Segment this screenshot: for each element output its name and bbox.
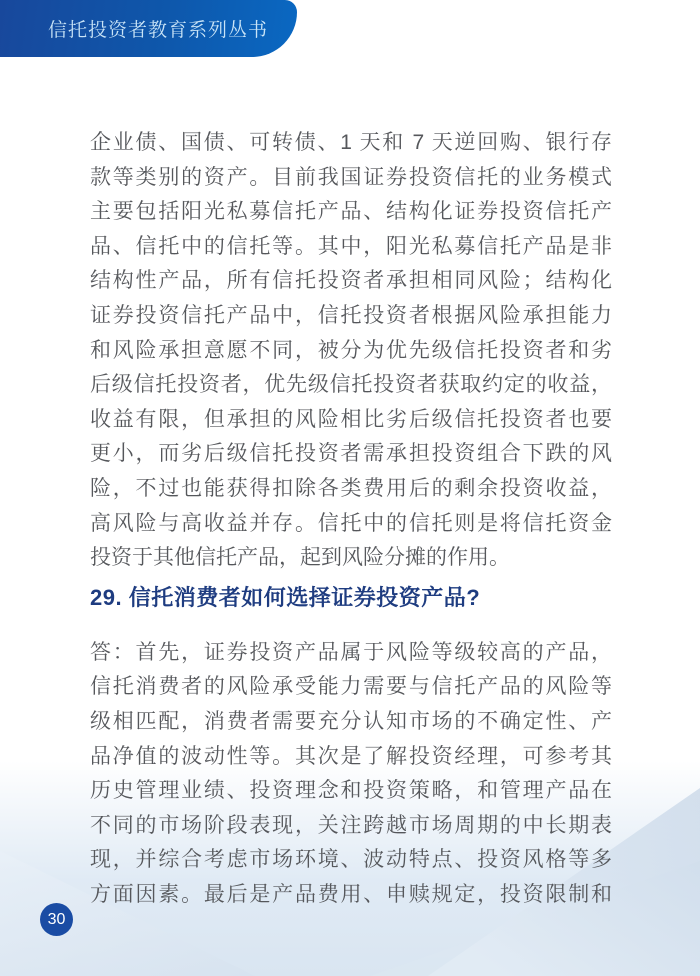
text-line: 和风险承担意愿不同，被分为优先级信托投资者和劣 <box>90 334 612 369</box>
series-title: 信托投资者教育系列丛书 <box>48 15 268 42</box>
text-line: 品、信托中的信托等。其中，阳光私募信托产品是非 <box>90 230 612 265</box>
book-page: 信托投资者教育系列丛书 企业债、国债、可转债、1 天和 7 天逆回购、银行存款等… <box>0 0 700 976</box>
question-heading: 29. 信托消费者如何选择证券投资产品? <box>90 582 612 614</box>
text-line: 现，并综合考虑市场环境、波动特点、投资风格等多 <box>90 843 612 878</box>
paragraph-answer: 答：首先，证券投资产品属于风险等级较高的产品，信托消费者的风险承受能力需要与信托… <box>90 636 612 913</box>
page-number-badge: 30 <box>40 903 73 936</box>
text-line: 级相匹配，消费者需要充分认知市场的不确定性、产 <box>90 705 612 740</box>
text-line: 结构性产品，所有信托投资者承担相同风险；结构化 <box>90 264 612 299</box>
paragraph-securities-trust: 企业债、国债、可转债、1 天和 7 天逆回购、银行存款等类别的资产。目前我国证券… <box>90 126 612 576</box>
text-line: 收益有限，但承担的风险相比劣后级信托投资者也要 <box>90 403 612 438</box>
text-line: 企业债、国债、可转债、1 天和 7 天逆回购、银行存 <box>90 126 612 161</box>
text-line: 高风险与高收益并存。信托中的信托则是将信托资金 <box>90 507 612 542</box>
text-line: 投资于其他信托产品，起到风险分摊的作用。 <box>90 541 612 576</box>
page-number: 30 <box>48 911 66 929</box>
header-banner: 信托投资者教育系列丛书 <box>0 0 297 57</box>
text-line: 险，不过也能获得扣除各类费用后的剩余投资收益， <box>90 472 612 507</box>
text-line: 后级信托投资者，优先级信托投资者获取约定的收益， <box>90 368 612 403</box>
text-line: 不同的市场阶段表现，关注跨越市场周期的中长期表 <box>90 809 612 844</box>
text-line: 答：首先，证券投资产品属于风险等级较高的产品， <box>90 636 612 671</box>
text-line: 款等类别的资产。目前我国证券投资信托的业务模式 <box>90 161 612 196</box>
text-line: 证券投资信托产品中，信托投资者根据风险承担能力 <box>90 299 612 334</box>
text-line: 主要包括阳光私募信托产品、结构化证券投资信托产 <box>90 195 612 230</box>
text-line: 历史管理业绩、投资理念和投资策略，和管理产品在 <box>90 774 612 809</box>
page-content: 企业债、国债、可转债、1 天和 7 天逆回购、银行存款等类别的资产。目前我国证券… <box>90 126 612 912</box>
text-line: 方面因素。最后是产品费用、申赎规定，投资限制和 <box>90 878 612 913</box>
text-line: 信托消费者的风险承受能力需要与信托产品的风险等 <box>90 670 612 705</box>
text-line: 更小，而劣后级信托投资者需承担投资组合下跌的风 <box>90 437 612 472</box>
text-line: 品净值的波动性等。其次是了解投资经理，可参考其 <box>90 740 612 775</box>
